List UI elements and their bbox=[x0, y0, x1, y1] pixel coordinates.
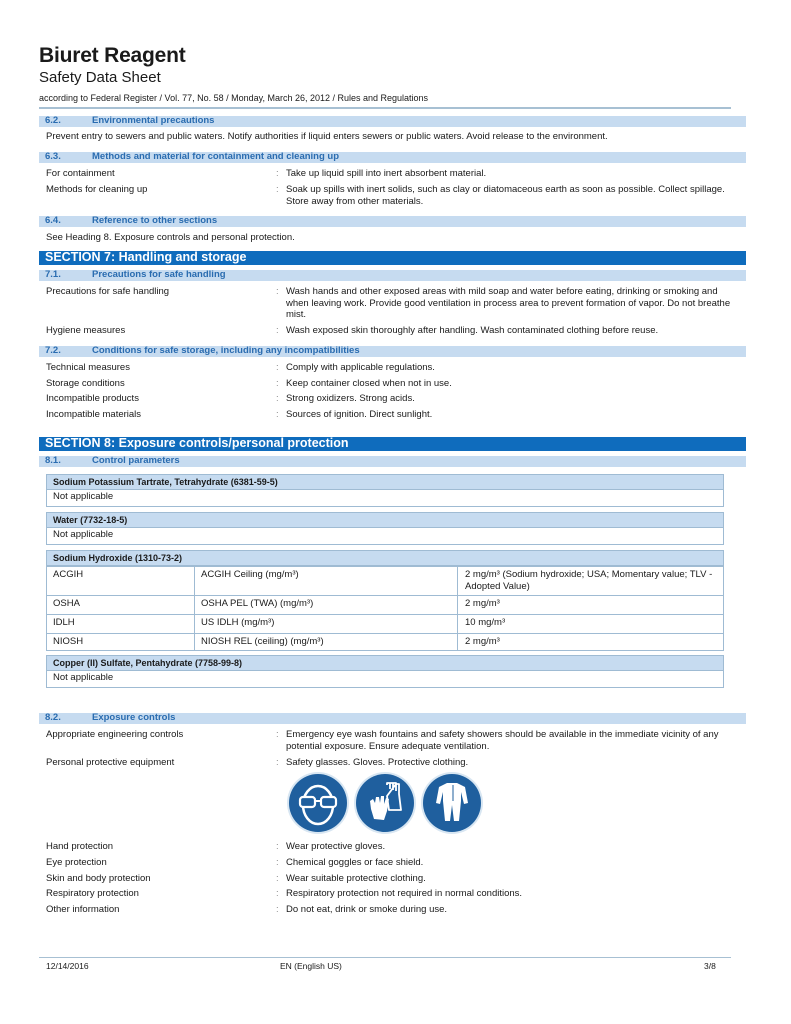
limit-value-cell: 2 mg/m³ bbox=[465, 598, 720, 610]
field-label: Incompatible products bbox=[46, 393, 139, 404]
subsection-title: Precautions for safe handling bbox=[92, 269, 226, 280]
subsection-number: 6.2. bbox=[45, 115, 61, 126]
protective-clothing-icon bbox=[420, 771, 484, 835]
subsection-number: 8.2. bbox=[45, 712, 61, 723]
field-value: Wear protective gloves. bbox=[286, 841, 731, 853]
limit-value-cell: 2 mg/m³ bbox=[465, 636, 720, 648]
field-value: Take up liquid spill into inert absorben… bbox=[286, 168, 731, 180]
environmental-precautions-text: Prevent entry to sewers and public water… bbox=[46, 131, 608, 142]
substance-name: Copper (II) Sulfate, Pentahydrate (7758-… bbox=[47, 656, 723, 671]
substance-note: Not applicable bbox=[47, 528, 723, 544]
ppe-pictograms bbox=[286, 771, 496, 835]
agency-cell: IDLH bbox=[53, 617, 75, 629]
limit-value-cell: 10 mg/m³ bbox=[465, 617, 720, 629]
field-label: Eye protection bbox=[46, 857, 107, 868]
field-value: Chemical goggles or face shield. bbox=[286, 857, 731, 869]
field-colon: : bbox=[276, 325, 279, 336]
reference-text: See Heading 8. Exposure controls and per… bbox=[46, 232, 295, 243]
section-title: SECTION 7: Handling and storage bbox=[45, 250, 246, 264]
table-row: NIOSH NIOSH REL (ceiling) (mg/m³) 2 mg/m… bbox=[47, 633, 723, 652]
field-label: Other information bbox=[46, 904, 119, 915]
subsection-6-4-header: 6.4. Reference to other sections bbox=[39, 216, 746, 227]
field-value: Keep container closed when not in use. bbox=[286, 378, 731, 390]
field-label: Technical measures bbox=[46, 362, 130, 373]
field-value: Do not eat, drink or smoke during use. bbox=[286, 904, 731, 916]
field-colon: : bbox=[276, 409, 279, 420]
field-colon: : bbox=[276, 904, 279, 915]
regulation-reference: according to Federal Register / Vol. 77,… bbox=[39, 93, 428, 103]
field-label: Skin and body protection bbox=[46, 873, 151, 884]
limit-type-cell: ACGIH Ceiling (mg/m³) bbox=[201, 569, 299, 581]
field-value: Wash exposed skin thoroughly after handl… bbox=[286, 325, 731, 337]
header-divider bbox=[39, 107, 731, 109]
field-colon: : bbox=[276, 729, 279, 740]
field-label: Respiratory protection bbox=[46, 888, 139, 899]
substance-table: Copper (II) Sulfate, Pentahydrate (7758-… bbox=[46, 655, 724, 688]
section-7-header: SECTION 7: Handling and storage bbox=[39, 251, 746, 265]
field-label: Appropriate engineering controls bbox=[46, 729, 183, 740]
field-colon: : bbox=[276, 888, 279, 899]
subsection-number: 8.1. bbox=[45, 455, 61, 466]
field-label: Hygiene measures bbox=[46, 325, 125, 336]
limit-type-cell: US IDLH (mg/m³) bbox=[201, 617, 274, 629]
section-8-header: SECTION 8: Exposure controls/personal pr… bbox=[39, 437, 746, 451]
agency-cell: OSHA bbox=[53, 598, 80, 610]
subsection-title: Methods and material for containment and… bbox=[92, 151, 339, 162]
field-value: Safety glasses. Gloves. Protective cloth… bbox=[286, 757, 731, 769]
substance-limits-table: Sodium Hydroxide (1310-73-2) ACGIH ACGIH… bbox=[46, 550, 724, 651]
field-value: Sources of ignition. Direct sunlight. bbox=[286, 409, 731, 421]
document-title: Biuret Reagent bbox=[39, 44, 186, 68]
field-value: Respiratory protection not required in n… bbox=[286, 888, 731, 900]
gloves-icon bbox=[353, 771, 417, 835]
subsection-6-2-header: 6.2. Environmental precautions bbox=[39, 116, 746, 127]
table-row: OSHA OSHA PEL (TWA) (mg/m³) 2 mg/m³ bbox=[47, 595, 723, 614]
footer-date: 12/14/2016 bbox=[46, 961, 89, 971]
footer-divider bbox=[39, 957, 731, 958]
substance-name: Water (7732-18-5) bbox=[47, 513, 723, 528]
subsection-7-1-header: 7.1. Precautions for safe handling bbox=[39, 270, 746, 281]
field-colon: : bbox=[276, 378, 279, 389]
substance-table: Sodium Potassium Tartrate, Tetrahydrate … bbox=[46, 474, 724, 507]
substance-name: Sodium Potassium Tartrate, Tetrahydrate … bbox=[47, 475, 723, 490]
subsection-6-3-header: 6.3. Methods and material for containmen… bbox=[39, 152, 746, 163]
substance-name: Sodium Hydroxide (1310-73-2) bbox=[47, 551, 723, 566]
sds-page: Biuret Reagent Safety Data Sheet accordi… bbox=[0, 0, 791, 1024]
subsection-title: Exposure controls bbox=[92, 712, 175, 723]
field-label: For containment bbox=[46, 168, 115, 179]
eye-protection-icon bbox=[286, 771, 350, 835]
document-subtitle: Safety Data Sheet bbox=[39, 69, 161, 86]
field-colon: : bbox=[276, 857, 279, 868]
field-value: Comply with applicable regulations. bbox=[286, 362, 731, 374]
substance-table: Water (7732-18-5) Not applicable bbox=[46, 512, 724, 545]
field-colon: : bbox=[276, 873, 279, 884]
field-colon: : bbox=[276, 757, 279, 768]
field-value: Emergency eye wash fountains and safety … bbox=[286, 729, 731, 752]
subsection-title: Reference to other sections bbox=[92, 215, 217, 226]
subsection-title: Conditions for safe storage, including a… bbox=[92, 345, 360, 356]
table-row: ACGIH ACGIH Ceiling (mg/m³) 2 mg/m³ (Sod… bbox=[47, 566, 723, 595]
subsection-title: Environmental precautions bbox=[92, 115, 214, 126]
field-label: Storage conditions bbox=[46, 378, 125, 389]
field-value: Wash hands and other exposed areas with … bbox=[286, 286, 731, 321]
subsection-7-2-header: 7.2. Conditions for safe storage, includ… bbox=[39, 346, 746, 357]
field-colon: : bbox=[276, 168, 279, 179]
subsection-number: 7.1. bbox=[45, 269, 61, 280]
limit-type-cell: NIOSH REL (ceiling) (mg/m³) bbox=[201, 636, 324, 648]
agency-cell: ACGIH bbox=[53, 569, 83, 581]
field-label: Personal protective equipment bbox=[46, 757, 174, 768]
subsection-number: 6.3. bbox=[45, 151, 61, 162]
limit-type-cell: OSHA PEL (TWA) (mg/m³) bbox=[201, 598, 313, 610]
limit-value-cell: 2 mg/m³ (Sodium hydroxide; USA; Momentar… bbox=[465, 569, 720, 592]
field-colon: : bbox=[276, 841, 279, 852]
field-colon: : bbox=[276, 286, 279, 297]
field-value: Soak up spills with inert solids, such a… bbox=[286, 184, 731, 207]
field-colon: : bbox=[276, 184, 279, 195]
field-value: Wear suitable protective clothing. bbox=[286, 873, 731, 885]
subsection-number: 7.2. bbox=[45, 345, 61, 356]
table-row: IDLH US IDLH (mg/m³) 10 mg/m³ bbox=[47, 614, 723, 633]
field-value: Strong oxidizers. Strong acids. bbox=[286, 393, 731, 405]
subsection-title: Control parameters bbox=[92, 455, 180, 466]
field-label: Precautions for safe handling bbox=[46, 286, 169, 297]
subsection-number: 6.4. bbox=[45, 215, 61, 226]
substance-note: Not applicable bbox=[47, 671, 723, 687]
limits-grid: ACGIH ACGIH Ceiling (mg/m³) 2 mg/m³ (Sod… bbox=[47, 566, 723, 651]
page-number: 3/8 bbox=[704, 961, 716, 971]
substance-note: Not applicable bbox=[47, 490, 723, 506]
footer-language: EN (English US) bbox=[280, 961, 342, 971]
agency-cell: NIOSH bbox=[53, 636, 83, 648]
field-colon: : bbox=[276, 393, 279, 404]
field-label: Hand protection bbox=[46, 841, 113, 852]
field-label: Methods for cleaning up bbox=[46, 184, 147, 195]
subsection-8-2-header: 8.2. Exposure controls bbox=[39, 713, 746, 724]
section-title: SECTION 8: Exposure controls/personal pr… bbox=[45, 436, 349, 450]
subsection-8-1-header: 8.1. Control parameters bbox=[39, 456, 746, 467]
field-colon: : bbox=[276, 362, 279, 373]
field-label: Incompatible materials bbox=[46, 409, 141, 420]
